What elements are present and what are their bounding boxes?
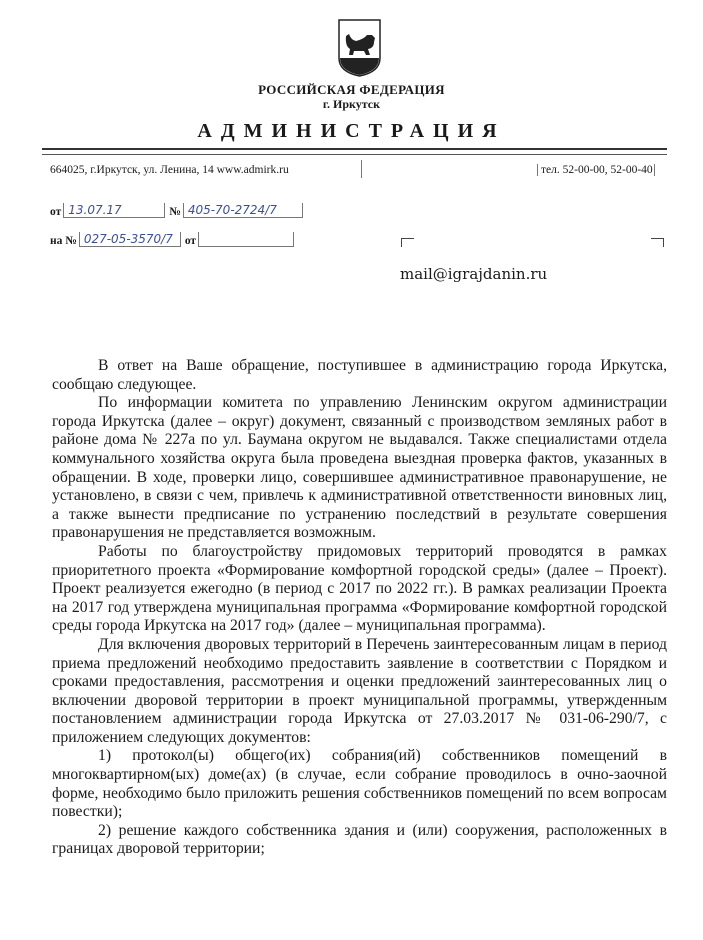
reply-from-label: от: [185, 235, 196, 247]
from-date-field: 13.07.17: [63, 203, 165, 218]
paragraph: По информации комитета по управлению Лен…: [52, 394, 667, 543]
paragraph: Для включения дворовых территорий в Пере…: [52, 636, 667, 748]
postal-address: 664025, г.Иркутск, ул. Ленина, 14 www.ad…: [50, 164, 289, 176]
reply-number-field: 027-05-3570/7: [79, 232, 181, 247]
recipient-email: mail@igrajdanin.ru: [400, 265, 547, 283]
address-block-corner-left: [401, 238, 414, 247]
address-block-corner-right: [651, 238, 664, 247]
header-divider: [42, 148, 667, 155]
list-item: 1) протокол(ы) общего(их) собрания(ий) с…: [52, 747, 667, 821]
coat-of-arms-emblem: [337, 18, 382, 78]
number-label: №: [169, 206, 181, 218]
phone-numbers: тел. 52-00-00, 52-00-40: [537, 164, 655, 176]
from-date-label: от: [50, 206, 61, 218]
incoming-reference-row: на № 027-05-3570/7 от: [50, 232, 294, 247]
outgoing-reference-row: от 13.07.17 № 405-70-2724/7: [50, 203, 303, 218]
reply-from-date-field: [198, 232, 294, 247]
reply-number-label: на №: [50, 235, 77, 247]
list-item: 2) решение каждого собственника здания и…: [52, 822, 667, 859]
outgoing-number-field: 405-70-2724/7: [183, 203, 303, 218]
organization-title: АДМИНИСТРАЦИЯ: [0, 120, 703, 143]
paragraph: В ответ на Ваше обращение, поступившее в…: [52, 357, 667, 394]
country-name: РОССИЙСКАЯ ФЕДЕРАЦИЯ: [0, 82, 703, 98]
city-name: г. Иркутск: [0, 97, 703, 112]
paragraph: Работы по благоустройству придомовых тер…: [52, 543, 667, 636]
address-separator: [361, 160, 362, 178]
letter-body: В ответ на Ваше обращение, поступившее в…: [52, 357, 667, 859]
